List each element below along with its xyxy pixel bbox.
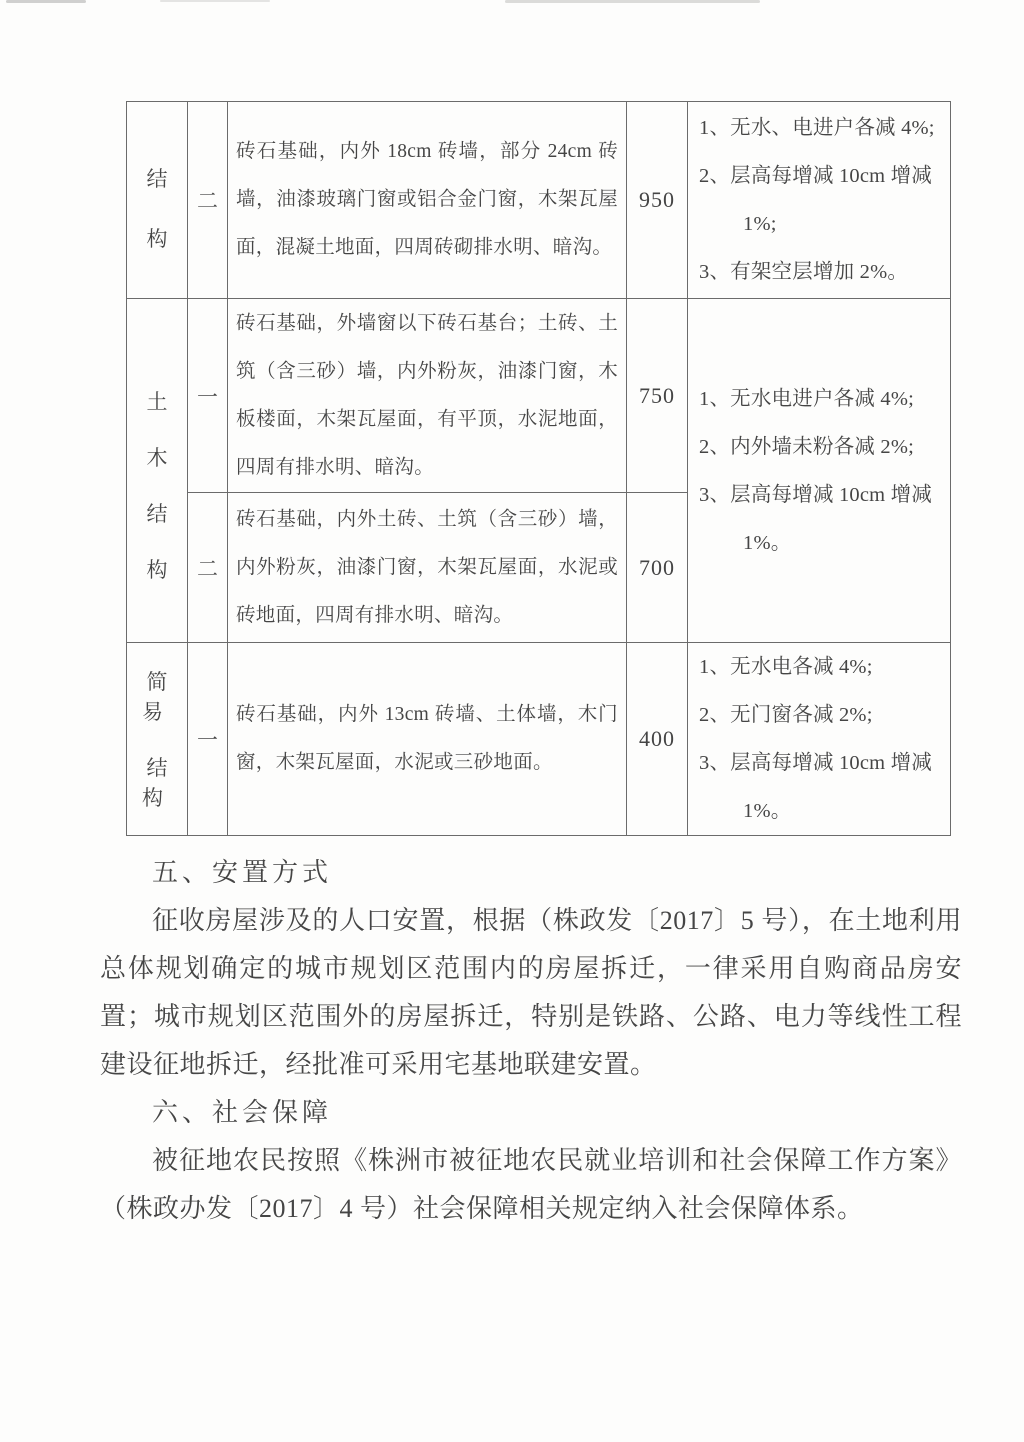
adjustment-item: 2、层高每增减 10cm 增减 1%; xyxy=(699,152,945,248)
grade-cell: 一 xyxy=(188,643,228,836)
category-line: 构 xyxy=(147,223,168,253)
table-row: 简易 结构 一 砖石基础，内外 13cm 砖墙、土体墙，木门窗，木架瓦屋面，水泥… xyxy=(127,643,951,836)
section-paragraph: 征收房屋涉及的人口安置，根据（株政发〔2017〕5 号），在土地利用总体规划确定… xyxy=(100,897,962,1089)
section-heading-5: 五、安置方式 xyxy=(100,849,962,897)
category-line: 土 xyxy=(147,386,168,416)
description-cell: 砖石基础，内外土砖、土筑（含三砂）墙，内外粉灰，油漆门窗，木架瓦屋面，水泥或砖地… xyxy=(228,493,627,643)
category-line: 构 xyxy=(147,554,168,584)
compensation-rate-table: 结 构 二 砖石基础，内外 18cm 砖墙，部分 24cm 砖墙，油漆玻璃门窗或… xyxy=(126,101,951,836)
category-line: 简易 xyxy=(128,666,186,726)
category-cell: 土 木 结 构 xyxy=(127,299,188,643)
adjustment-item: 2、内外墙未粉各减 2%; xyxy=(699,423,945,471)
price-cell: 950 xyxy=(627,102,688,299)
scan-artifact xyxy=(505,0,760,3)
description-cell: 砖石基础，内外 13cm 砖墙、土体墙，木门窗，木架瓦屋面，水泥或三砂地面。 xyxy=(228,643,627,836)
grade-cell: 二 xyxy=(188,102,228,299)
category-line: 木 xyxy=(147,442,168,472)
section-paragraph: 被征地农民按照《株洲市被征地农民就业培训和社会保障工作方案》（株政办发〔2017… xyxy=(100,1137,962,1233)
adjustment-item: 3、有架空层增加 2%。 xyxy=(699,248,945,296)
adjustment-item: 3、层高每增减 10cm 增减 1%。 xyxy=(699,471,945,567)
scan-artifact xyxy=(6,0,86,3)
category-line: 结 xyxy=(147,163,168,193)
adjustment-item: 1、无水、电进户各减 4%; xyxy=(699,104,945,152)
adjustment-item: 2、无门窗各减 2%; xyxy=(699,691,945,739)
category-cell: 简易 结构 xyxy=(127,643,188,836)
adjustments-cell: 1、无水电进户各减 4%; 2、内外墙未粉各减 2%; 3、层高每增减 10cm… xyxy=(688,299,951,643)
adjustments-cell: 1、无水、电进户各减 4%; 2、层高每增减 10cm 增减 1%; 3、有架空… xyxy=(688,102,951,299)
adjustment-item: 3、层高每增减 10cm 增减 1%。 xyxy=(699,739,945,835)
category-line: 结 xyxy=(147,498,168,528)
table-row: 土 木 结 构 一 砖石基础，外墙窗以下砖石基台；土砖、土筑（含三砂）墙，内外粉… xyxy=(127,299,951,493)
category-cell: 结 构 xyxy=(127,102,188,299)
price-cell: 400 xyxy=(627,643,688,836)
scan-artifact xyxy=(160,0,270,2)
grade-cell: 二 xyxy=(188,493,228,643)
section-heading-6: 六、社会保障 xyxy=(100,1089,962,1137)
document-page: 结 构 二 砖石基础，内外 18cm 砖墙，部分 24cm 砖墙，油漆玻璃门窗或… xyxy=(0,0,1024,1442)
price-cell: 700 xyxy=(627,493,688,643)
table-row: 结 构 二 砖石基础，内外 18cm 砖墙，部分 24cm 砖墙，油漆玻璃门窗或… xyxy=(127,102,951,299)
adjustment-item: 1、无水电各减 4%; xyxy=(699,643,945,691)
description-cell: 砖石基础，内外 18cm 砖墙，部分 24cm 砖墙，油漆玻璃门窗或铝合金门窗，… xyxy=(228,102,627,299)
grade-cell: 一 xyxy=(188,299,228,493)
adjustment-item: 1、无水电进户各减 4%; xyxy=(699,375,945,423)
category-line: 结构 xyxy=(128,752,186,812)
description-cell: 砖石基础，外墙窗以下砖石基台；土砖、土筑（含三砂）墙，内外粉灰，油漆门窗，木板楼… xyxy=(228,299,627,493)
adjustments-cell: 1、无水电各减 4%; 2、无门窗各减 2%; 3、层高每增减 10cm 增减 … xyxy=(688,643,951,836)
body-text: 五、安置方式 征收房屋涉及的人口安置，根据（株政发〔2017〕5 号），在土地利… xyxy=(100,849,962,1233)
price-cell: 750 xyxy=(627,299,688,493)
